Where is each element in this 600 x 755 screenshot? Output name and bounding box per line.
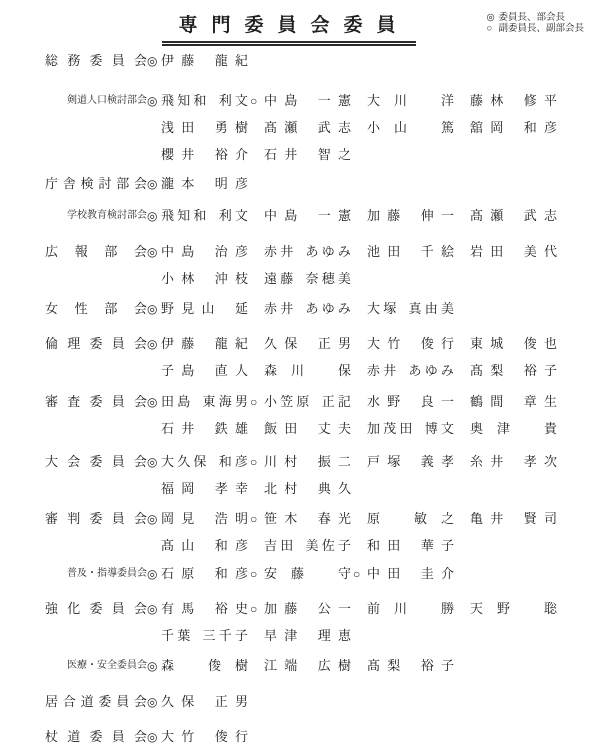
member: ◎大竹俊行 (147, 729, 248, 745)
member: ◎田島東海男 (147, 394, 248, 410)
committee-row: 強化委員会◎有馬裕史○加藤公一前川勝天野聡千葉三千子早津理恵 (45, 595, 559, 649)
member: 吉田美佐子 (250, 538, 351, 554)
committee-name: 学校教育検討部会 (45, 208, 147, 223)
member-name: 石井智之 (264, 147, 351, 163)
member: 原敏之 (353, 511, 454, 527)
chair-symbol-icon: ◎ (147, 95, 161, 107)
member-name: 中島治彦 (161, 244, 248, 260)
member-name: 飛知和利文 (161, 208, 248, 224)
member: 大川洋 (353, 93, 454, 109)
member-name: 笹木春光 (264, 511, 351, 527)
member: 岩田美代 (456, 244, 557, 260)
member: ◎有馬裕史 (147, 601, 248, 617)
committee-name: 普及・指導委員会 (45, 566, 147, 581)
chair-symbol-icon: ◎ (147, 396, 161, 408)
chair-symbol-icon: ◎ (147, 568, 161, 580)
member: 櫻井裕介 (147, 147, 248, 163)
member: 加藤伸一 (353, 208, 454, 224)
member: 髙山和彦 (147, 538, 248, 554)
chair-symbol-icon: ◎ (147, 696, 161, 708)
legend: ◎ 委員長、部会長 ○ 副委員長、副部会長 (486, 13, 584, 35)
member-name: 早津理恵 (264, 628, 351, 644)
chair-symbol-icon: ◎ (147, 338, 161, 350)
member-name: 池田千絵 (367, 244, 454, 260)
member-name: 天野聡 (470, 601, 557, 617)
member-name: 前川勝 (367, 601, 454, 617)
chair-symbol-icon: ◎ (147, 731, 161, 743)
member: 北村典久 (250, 481, 351, 497)
member: 子島直人 (147, 363, 248, 379)
member: 加茂田博文 (353, 421, 454, 437)
member-name: 中田圭介 (367, 566, 454, 582)
member-name: 浅田勇樹 (161, 120, 248, 136)
member-name: 遠藤奈穂美 (264, 271, 351, 287)
chair-symbol-icon: ◎ (147, 55, 161, 67)
member: 天野聡 (456, 601, 557, 617)
chair-symbol-icon: ◎ (147, 303, 161, 315)
committee-row: 庁舎検討部会◎瀧本明彦 (45, 170, 250, 197)
vice-chair-symbol-icon: ○ (250, 568, 264, 580)
member: 髙瀬武志 (250, 120, 351, 136)
member-name: 大竹俊行 (161, 729, 248, 745)
member: ○中島一憲 (250, 93, 351, 109)
member-name: 大塚真由美 (367, 301, 454, 317)
member-name: 大川洋 (367, 93, 454, 109)
committee-name: 剣道人口検討部会 (45, 93, 147, 108)
member: 水野良一 (353, 394, 454, 410)
member-name: 吉田美佐子 (264, 538, 351, 554)
member: ◎岡見浩明 (147, 511, 248, 527)
committee-row: 審判委員会◎岡見浩明○笹木春光原敏之亀井賢司髙山和彦吉田美佐子和田華子 (45, 505, 559, 559)
member-name: 奥津貴 (470, 421, 557, 437)
chair-symbol-icon: ◎ (147, 246, 161, 258)
member-name: 髙山和彦 (161, 538, 248, 554)
member-name: 中島一憲 (264, 93, 351, 109)
member: 和田華子 (353, 538, 454, 554)
committee-row: 倫理委員会◎伊藤龍紀久保正男大竹俊行東城俊也子島直人森川保赤井あゆみ髙梨裕子 (45, 330, 559, 384)
member-name: 安藤守 (264, 566, 351, 582)
member: 池田千絵 (353, 244, 454, 260)
member-name: 北村典久 (264, 481, 351, 497)
chair-symbol-icon: ◎ (147, 603, 161, 615)
member: 髙梨裕子 (353, 658, 454, 674)
member: 千葉三千子 (147, 628, 248, 644)
member: ◎飛知和利文 (147, 93, 248, 109)
member: 奥津貴 (456, 421, 557, 437)
chair-symbol-icon: ◎ (147, 513, 161, 525)
member-name: 髙瀬武志 (470, 208, 557, 224)
member-name: 東城俊也 (470, 336, 557, 352)
member: 舘岡和彦 (456, 120, 557, 136)
member-name: 髙梨裕子 (367, 658, 454, 674)
member-name: 川村振二 (264, 454, 351, 470)
committee-row: 審査委員会◎田島東海男○小笠原正記水野良一鶴間章生石井鉄雄飯田丈夫加茂田博文奥津… (45, 388, 559, 442)
member: 石井智之 (250, 147, 351, 163)
member: 大竹俊行 (353, 336, 454, 352)
member-name: 水野良一 (367, 394, 454, 410)
committee-row: 大会委員会◎大久保和彦○川村振二戸塚義孝糸井孝次福岡孝幸北村典久 (45, 448, 559, 502)
member-name: 加茂田博文 (367, 421, 454, 437)
member: 藤林修平 (456, 93, 557, 109)
member: ○小笠原正記 (250, 394, 351, 410)
member: 糸井孝次 (456, 454, 557, 470)
committee-name: 倫理委員会 (45, 336, 147, 351)
member: 石井鉄雄 (147, 421, 248, 437)
legend-chair-label: 委員長、部会長 (498, 13, 565, 24)
committee-name: 女性部会 (45, 301, 147, 316)
member: ◎伊藤龍紀 (147, 336, 248, 352)
committee-name: 庁舎検討部会 (45, 176, 147, 191)
member-name: 有馬裕史 (161, 601, 248, 617)
member-name: 大竹俊行 (367, 336, 454, 352)
member-name: 伊藤龍紀 (161, 53, 248, 69)
member-name: 千葉三千子 (161, 628, 248, 644)
member-name: 江端広樹 (264, 658, 351, 674)
member: ○川村振二 (250, 454, 351, 470)
member: 江端広樹 (250, 658, 351, 674)
member: ◎石原和彦 (147, 566, 248, 582)
committee-row: 剣道人口検討部会◎飛知和利文○中島一憲大川洋藤林修平浅田勇樹髙瀬武志小山篤舘岡和… (45, 87, 559, 168)
vice-chair-symbol-icon: ○ (250, 513, 264, 525)
member: 鶴間章生 (456, 394, 557, 410)
member: 飯田丈夫 (250, 421, 351, 437)
chair-symbol-icon: ◎ (147, 660, 161, 672)
member: 赤井あゆみ (250, 244, 351, 260)
member-name: 赤井あゆみ (367, 363, 454, 379)
vice-chair-symbol-icon: ○ (353, 568, 367, 580)
member-name: 瀧本明彦 (161, 176, 248, 192)
member-name: 加藤伸一 (367, 208, 454, 224)
member-name: 加藤公一 (264, 601, 351, 617)
member: 中島一憲 (250, 208, 351, 224)
member: ◎瀧本明彦 (147, 176, 248, 192)
member-name: 田島東海男 (161, 394, 248, 410)
member: ◎野見山延 (147, 301, 248, 317)
member-name: 原敏之 (367, 511, 454, 527)
member-name: 赤井あゆみ (264, 244, 351, 260)
member: 髙瀬武志 (456, 208, 557, 224)
chair-symbol-icon: ◎ (147, 178, 161, 190)
page-title: 専門委員会委員 (162, 10, 415, 46)
member-name: 鶴間章生 (470, 394, 557, 410)
member: 前川勝 (353, 601, 454, 617)
member: ○中田圭介 (353, 566, 454, 582)
member: 小山篤 (353, 120, 454, 136)
member-name: 赤井あゆみ (264, 301, 351, 317)
committee-row: 居合道委員会◎久保正男 (45, 688, 250, 715)
member: 福岡孝幸 (147, 481, 248, 497)
legend-row-vice-chair: ○ 副委員長、副部会長 (486, 24, 584, 35)
member: 早津理恵 (250, 628, 351, 644)
document-page: 専門委員会委員 ◎ 委員長、部会長 ○ 副委員長、副部会長 総務委員会◎伊藤龍紀… (0, 0, 600, 755)
member-name: 飛知和利文 (161, 93, 248, 109)
committee-row: 杖道委員会◎大竹俊行 (45, 723, 250, 750)
member: 大塚真由美 (353, 301, 454, 317)
member-name: 髙瀬武志 (264, 120, 351, 136)
member-name: 久保正男 (264, 336, 351, 352)
member-name: 伊藤龍紀 (161, 336, 248, 352)
member-name: 石井鉄雄 (161, 421, 248, 437)
vice-chair-symbol-icon: ○ (250, 456, 264, 468)
member: ○笹木春光 (250, 511, 351, 527)
member-name: 糸井孝次 (470, 454, 557, 470)
member: 久保正男 (250, 336, 351, 352)
vice-chair-symbol-icon: ○ (250, 95, 264, 107)
member: ◎中島治彦 (147, 244, 248, 260)
member-name: 舘岡和彦 (470, 120, 557, 136)
member: ○安藤守 (250, 566, 351, 582)
member: ◎森俊樹 (147, 658, 248, 674)
legend-row-chair: ◎ 委員長、部会長 (486, 13, 584, 24)
legend-vice-chair-label: 副委員長、副部会長 (498, 24, 584, 35)
member: ◎久保正男 (147, 694, 248, 710)
committee-name: 医療・安全委員会 (45, 658, 147, 673)
member: 赤井あゆみ (353, 363, 454, 379)
vice-chair-symbol-icon: ○ (250, 396, 264, 408)
member: ○加藤公一 (250, 601, 351, 617)
member: 戸塚義孝 (353, 454, 454, 470)
chair-symbol-icon: ◎ (147, 210, 161, 222)
member: ◎伊藤龍紀 (147, 53, 248, 69)
committee-name: 杖道委員会 (45, 729, 147, 744)
member-name: 子島直人 (161, 363, 248, 379)
committee-row: 医療・安全委員会◎森俊樹江端広樹髙梨裕子 (45, 652, 456, 679)
chair-symbol-icon: ◎ (486, 13, 498, 24)
committee-name: 審査委員会 (45, 394, 147, 409)
member-name: 森川保 (264, 363, 351, 379)
committee-name: 総務委員会 (45, 53, 147, 68)
member-name: 飯田丈夫 (264, 421, 351, 437)
committee-name: 居合道委員会 (45, 694, 147, 709)
member-name: 久保正男 (161, 694, 248, 710)
member: 森川保 (250, 363, 351, 379)
committee-row: 学校教育検討部会◎飛知和利文中島一憲加藤伸一髙瀬武志 (45, 202, 559, 229)
committee-row: 広報部会◎中島治彦赤井あゆみ池田千絵岩田美代小林沖枝遠藤奈穂美 (45, 238, 559, 292)
member-name: 小山篤 (367, 120, 454, 136)
member-name: 戸塚義孝 (367, 454, 454, 470)
vice-chair-symbol-icon: ○ (250, 603, 264, 615)
member-name: 和田華子 (367, 538, 454, 554)
committee-row: 普及・指導委員会◎石原和彦○安藤守○中田圭介 (45, 560, 456, 587)
member: 遠藤奈穂美 (250, 271, 351, 287)
member-name: 石原和彦 (161, 566, 248, 582)
member-name: 福岡孝幸 (161, 481, 248, 497)
committee-name: 広報部会 (45, 244, 147, 259)
committee-row: 総務委員会◎伊藤龍紀 (45, 47, 250, 74)
member-name: 髙梨裕子 (470, 363, 557, 379)
vice-chair-symbol-icon: ○ (486, 24, 498, 35)
member-name: 岡見浩明 (161, 511, 248, 527)
member-name: 野見山延 (161, 301, 248, 317)
member-name: 櫻井裕介 (161, 147, 248, 163)
member: 浅田勇樹 (147, 120, 248, 136)
member: 東城俊也 (456, 336, 557, 352)
member: 赤井あゆみ (250, 301, 351, 317)
member-name: 小笠原正記 (264, 394, 351, 410)
member: 小林沖枝 (147, 271, 248, 287)
member-name: 岩田美代 (470, 244, 557, 260)
committee-name: 強化委員会 (45, 601, 147, 616)
committee-name: 審判委員会 (45, 511, 147, 526)
member-name: 亀井賢司 (470, 511, 557, 527)
committee-name: 大会委員会 (45, 454, 147, 469)
committee-row: 女性部会◎野見山延赤井あゆみ大塚真由美 (45, 295, 456, 322)
member-name: 小林沖枝 (161, 271, 248, 287)
member-name: 森俊樹 (161, 658, 248, 674)
member-name: 藤林修平 (470, 93, 557, 109)
member: ◎大久保和彦 (147, 454, 248, 470)
member-name: 中島一憲 (264, 208, 351, 224)
member: 亀井賢司 (456, 511, 557, 527)
member: ◎飛知和利文 (147, 208, 248, 224)
member: 髙梨裕子 (456, 363, 557, 379)
member-name: 大久保和彦 (161, 454, 248, 470)
chair-symbol-icon: ◎ (147, 456, 161, 468)
